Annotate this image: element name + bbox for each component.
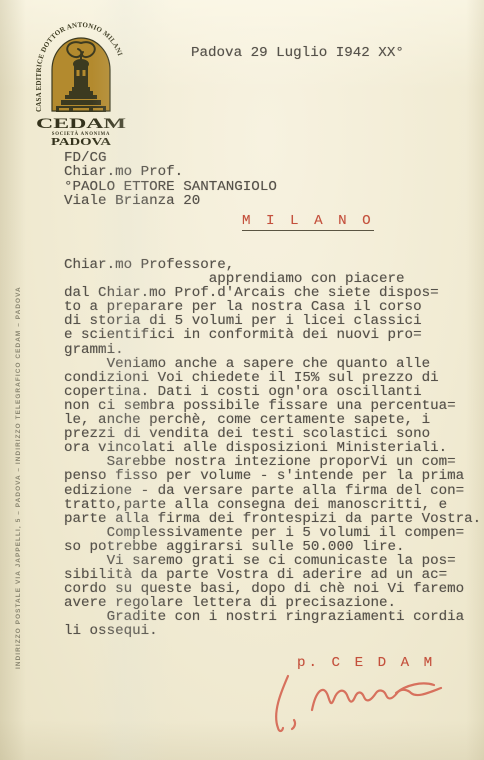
cedam-publisher-logo-icon: CASA EDITRICE DOTTOR ANTONIO MILANI CEDA… bbox=[28, 12, 134, 146]
recipient-title: Chiar.mo Prof. bbox=[64, 165, 277, 179]
handwritten-signature bbox=[248, 666, 466, 746]
recipient-street: Viale Brianza 20 bbox=[64, 194, 277, 208]
recipient-block: FD/CG Chiar.mo Prof. °PAOLO ETTORE SANTA… bbox=[64, 151, 277, 209]
postal-address-vertical-text: INDIRIZZO POSTALE VIA JAPPELLI, 5 – PADO… bbox=[15, 286, 22, 669]
logo-cedam-wordmark: CEDAM bbox=[36, 116, 127, 132]
date-line: Padova 29 Luglio I942 XX° bbox=[191, 46, 404, 60]
letter-body: Chiar.mo Professore, apprendiamo con pia… bbox=[64, 258, 481, 639]
letter-sheet: CASA EDITRICE DOTTOR ANTONIO MILANI CEDA… bbox=[0, 0, 484, 760]
logo-city: PADOVA bbox=[51, 137, 112, 146]
recipient-city-stamp: M I L A N O bbox=[242, 214, 374, 231]
